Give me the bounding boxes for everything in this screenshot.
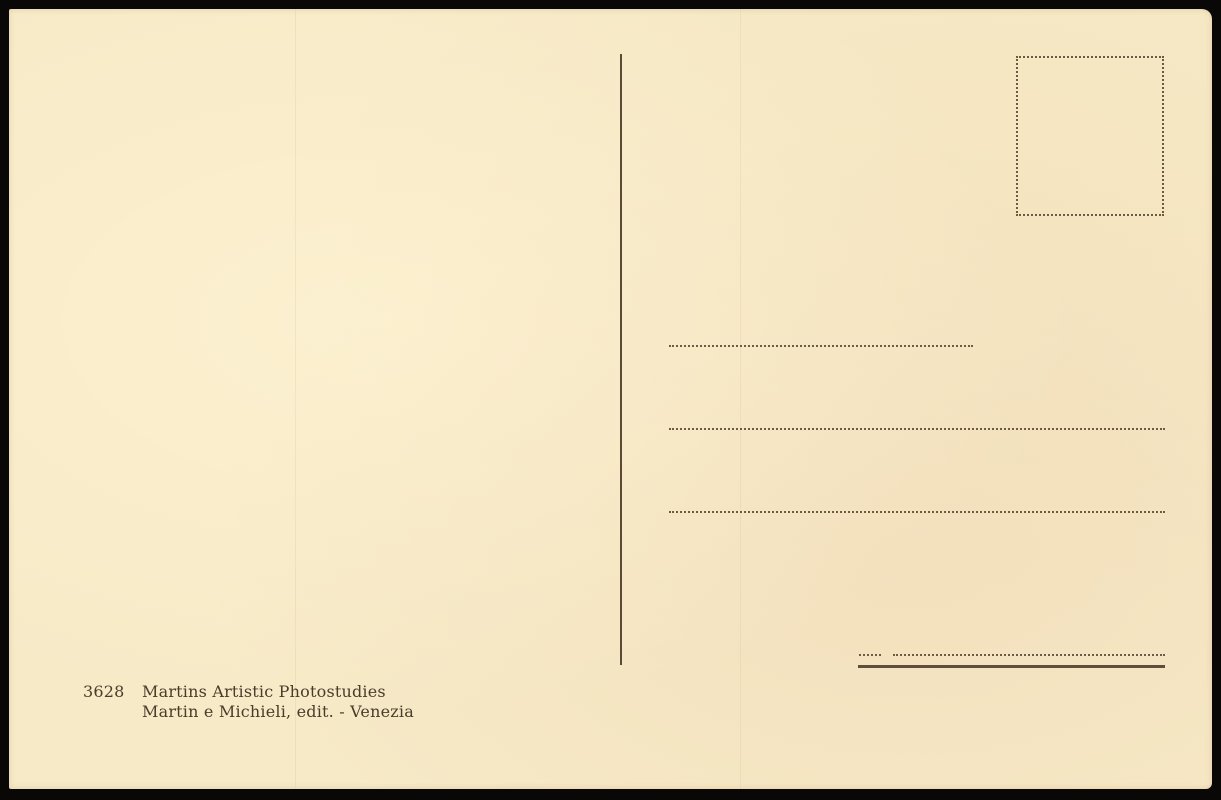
address-underline-solid [858,665,1165,668]
address-line-1 [669,345,973,347]
paper-fold-mark [295,9,296,789]
imprint-title: Martins Artistic Photostudies [142,682,386,702]
paper-fold-mark [740,9,741,789]
stamp-placement-box [1016,56,1164,216]
address-line-4 [893,654,1165,656]
address-line-4-prefix [859,654,881,656]
address-line-2 [669,428,1165,430]
card-number: 3628 [83,682,142,702]
center-divider-line [620,54,622,665]
imprint-publisher: Martin e Michieli, edit. - Venezia [142,702,414,722]
postcard-back: 3628 Martins Artistic Photostudies Marti… [9,9,1212,789]
address-line-3 [669,511,1165,513]
publisher-imprint: 3628 Martins Artistic Photostudies Marti… [83,682,414,722]
